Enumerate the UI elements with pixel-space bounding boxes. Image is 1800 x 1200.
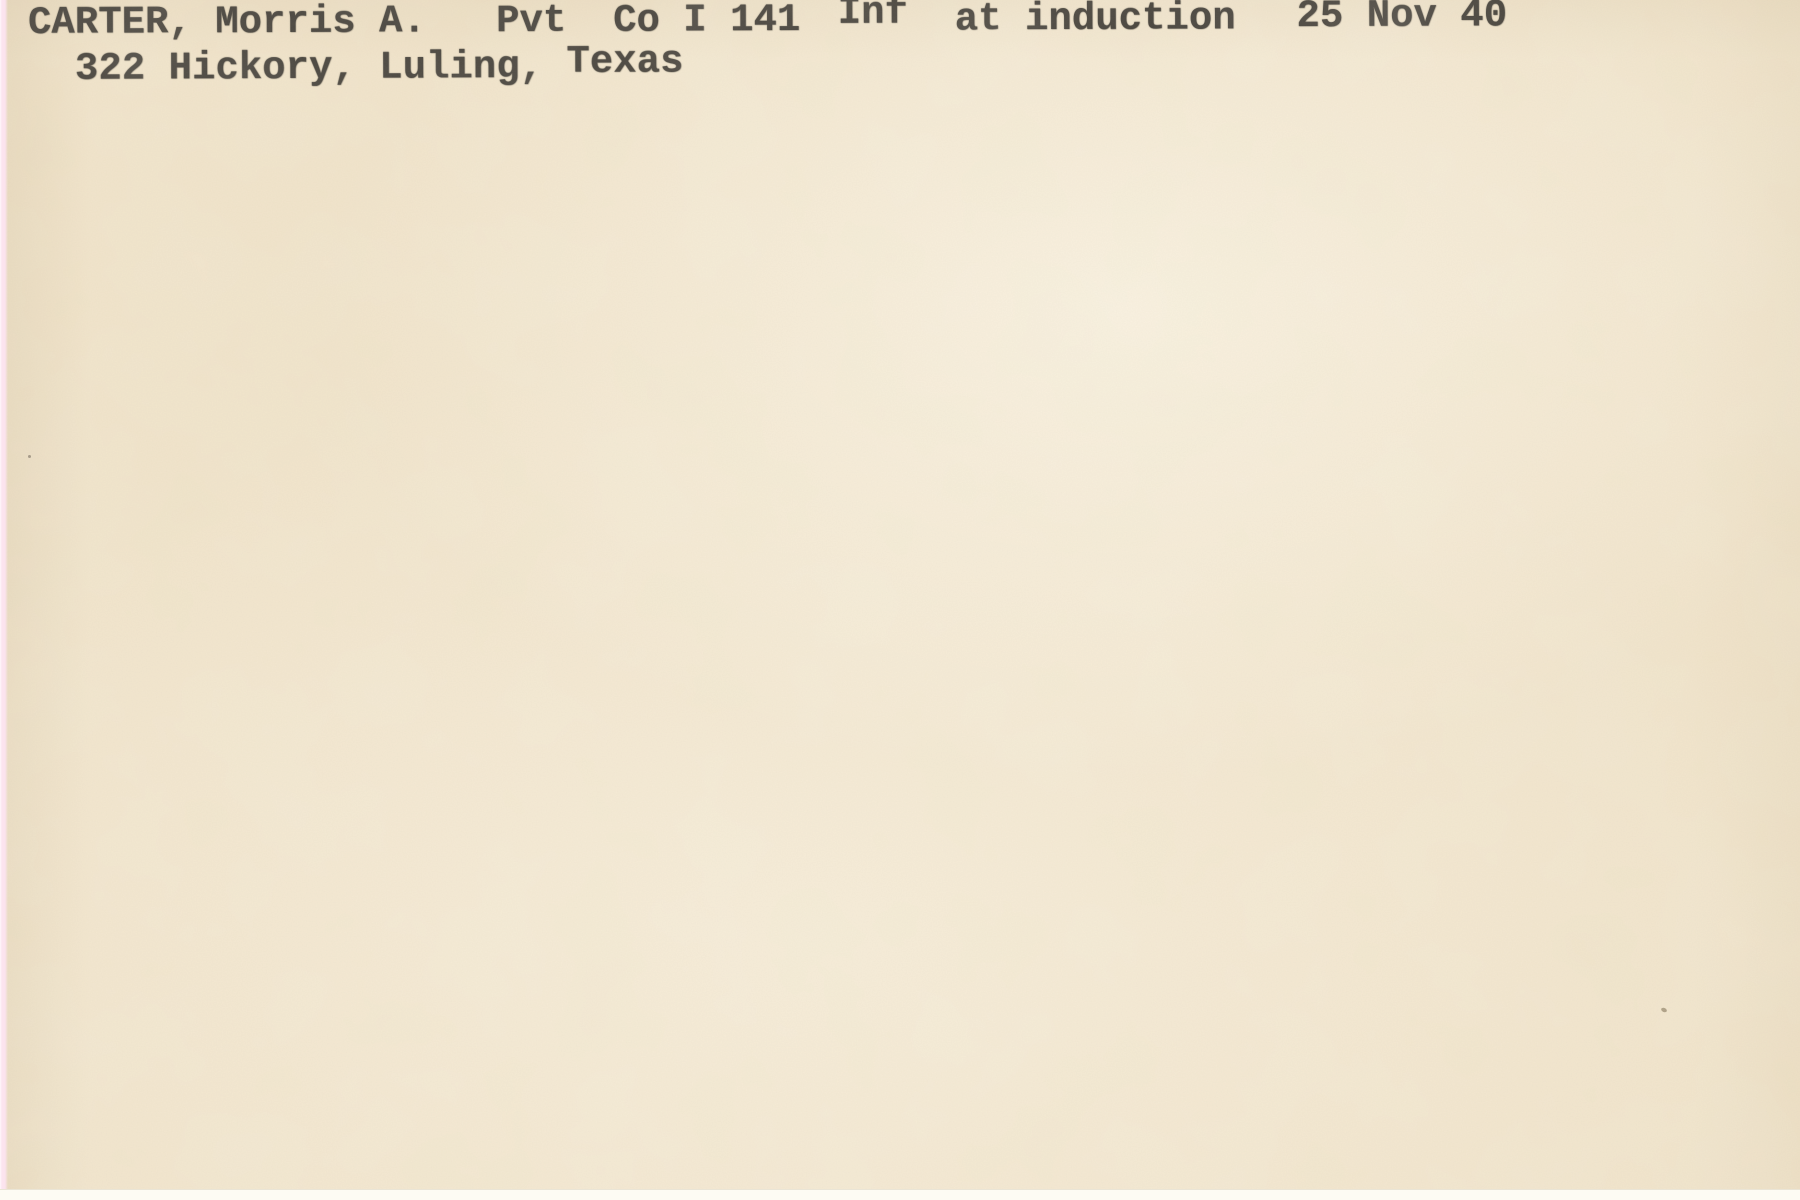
induction-date: 25 Nov 40 <box>1296 0 1507 36</box>
induction-note: at induction <box>955 0 1236 39</box>
soldier-name: CARTER, Morris A. <box>28 2 426 43</box>
branch: Inf <box>838 0 908 33</box>
service-line: CARTER, Morris A.PvtCo I 141Infat induct… <box>28 0 1507 43</box>
scanned-index-card: CARTER, Morris A.PvtCo I 141Infat induct… <box>0 0 1800 1200</box>
unit: Co I 141 <box>613 1 800 41</box>
address-street: 322 Hickory, <box>75 49 356 89</box>
scan-edge-bottom <box>0 1189 1800 1200</box>
paper-texture <box>0 0 1800 1200</box>
address-line: 322 Hickory,Luling,Texas <box>28 47 683 89</box>
address-state: Texas <box>566 42 683 81</box>
rank: Pvt <box>496 2 566 41</box>
paper-speck <box>1660 1007 1667 1013</box>
address-city: Luling, <box>379 48 543 88</box>
scan-edge-left <box>0 0 8 1200</box>
paper-speck <box>28 455 31 458</box>
